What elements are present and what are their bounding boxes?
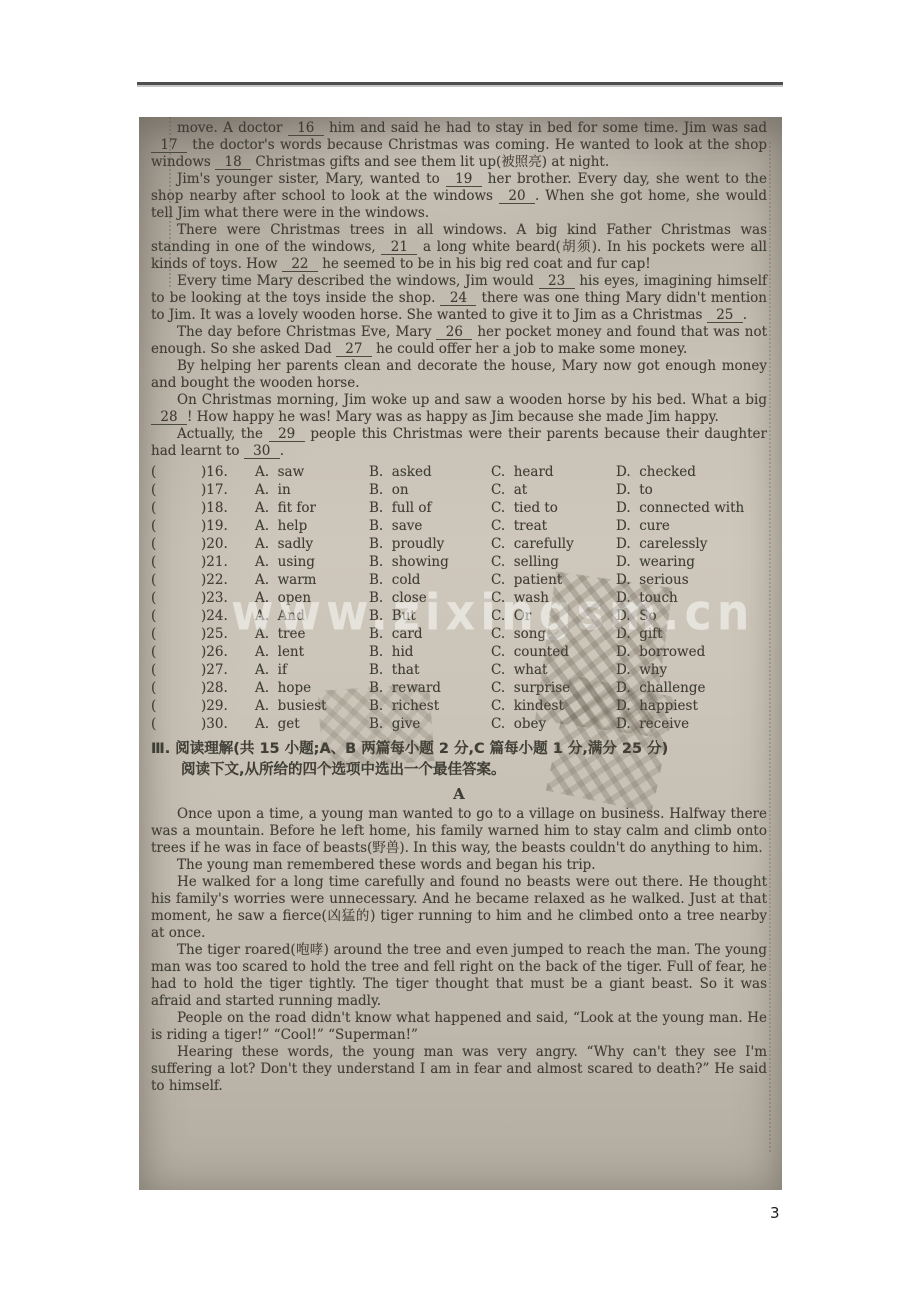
question-number: )16. [201, 463, 255, 481]
option-choice: B. But [369, 607, 491, 625]
cloze-paragraph: The day before Christmas Eve, Mary 26 he… [151, 324, 767, 358]
answer-bracket: ( [151, 553, 201, 571]
option-choice: D. gift [616, 625, 767, 643]
cloze-blank: 26 [436, 325, 472, 340]
option-row: ()27.A. ifB. thatC. whatD. why [151, 661, 767, 679]
answer-bracket: ( [151, 643, 201, 661]
option-choice: A. help [255, 517, 369, 535]
answer-bracket: ( [151, 535, 201, 553]
option-choice: D. cure [616, 517, 767, 535]
option-choice: D. carelessly [616, 535, 767, 553]
question-number: )18. [201, 499, 255, 517]
option-choice: D. wearing [616, 553, 767, 571]
option-choice: A. hope [255, 679, 369, 697]
option-row: ()25.A. treeB. cardC. songD. gift [151, 625, 767, 643]
answer-bracket: ( [151, 661, 201, 679]
passage-a: Once upon a time, a young man wanted to … [151, 806, 767, 1095]
reading-section-instruction: 阅读下文,从所给的四个选项中选出一个最佳答案。 [151, 760, 767, 781]
option-row: ()26.A. lentB. hidC. countedD. borrowed [151, 643, 767, 661]
option-choice: C. counted [491, 643, 616, 661]
answer-bracket: ( [151, 697, 201, 715]
option-choice: B. save [369, 517, 491, 535]
cloze-paragraph: By helping her parents clean and decorat… [151, 358, 767, 392]
option-choice: B. give [369, 715, 491, 733]
option-choice: C. heard [491, 463, 616, 481]
option-choice: C. patient [491, 571, 616, 589]
header-rule [137, 82, 783, 85]
cloze-passage: move. A doctor 16 him and said he had to… [151, 120, 767, 460]
answer-bracket: ( [151, 481, 201, 499]
answer-bracket: ( [151, 571, 201, 589]
cloze-paragraph: There were Christmas trees in all window… [151, 222, 767, 273]
option-choice: B. reward [369, 679, 491, 697]
question-number: )28. [201, 679, 255, 697]
option-choice: B. asked [369, 463, 491, 481]
option-choice: A. lent [255, 643, 369, 661]
question-number: )20. [201, 535, 255, 553]
option-choice: B. full of [369, 499, 491, 517]
margin-dotted-line-right [769, 142, 771, 1152]
option-choice: D. serious [616, 571, 767, 589]
option-choice: B. showing [369, 553, 491, 571]
cloze-blank: 23 [539, 274, 575, 289]
option-choice: C. surprise [491, 679, 616, 697]
option-choice: B. card [369, 625, 491, 643]
option-choice: B. cold [369, 571, 491, 589]
question-number: )25. [201, 625, 255, 643]
passage-paragraph: The tiger roared(咆哮) around the tree and… [151, 942, 767, 1010]
option-choice: C. at [491, 481, 616, 499]
cloze-blank: 29 [269, 427, 305, 442]
option-choice: B. that [369, 661, 491, 679]
option-row: ()20.A. sadlyB. proudlyC. carefullyD. ca… [151, 535, 767, 553]
option-choice: B. close [369, 589, 491, 607]
answer-bracket: ( [151, 589, 201, 607]
cloze-paragraph: Every time Mary described the windows, J… [151, 273, 767, 324]
answer-bracket: ( [151, 679, 201, 697]
option-choice: B. richest [369, 697, 491, 715]
option-choice: C. Or [491, 607, 616, 625]
cloze-paragraph: Jim's younger sister, Mary, wanted to 19… [151, 171, 767, 222]
cloze-blank: 19 [446, 172, 482, 187]
option-choice: B. proudly [369, 535, 491, 553]
question-number: )30. [201, 715, 255, 733]
question-number: )24. [201, 607, 255, 625]
option-choice: C. treat [491, 517, 616, 535]
option-choice: A. in [255, 481, 369, 499]
option-choice: A. open [255, 589, 369, 607]
reading-section-header: Ⅲ. 阅读理解(共 15 小题;A、B 两篇每小题 2 分,C 篇每小题 1 分… [151, 739, 767, 781]
option-row: ()29.A. busiestB. richestC. kindestD. ha… [151, 697, 767, 715]
question-number: )19. [201, 517, 255, 535]
option-choice: C. carefully [491, 535, 616, 553]
option-choice: A. if [255, 661, 369, 679]
option-choice: D. happiest [616, 697, 767, 715]
option-row: ()24.A. AndB. ButC. OrD. So [151, 607, 767, 625]
passage-paragraph: Once upon a time, a young man wanted to … [151, 806, 767, 857]
option-choice: D. challenge [616, 679, 767, 697]
option-choice: A. fit for [255, 499, 369, 517]
cloze-blank: 21 [381, 240, 417, 255]
option-choice: A. saw [255, 463, 369, 481]
answer-bracket: ( [151, 463, 201, 481]
passage-paragraph: People on the road didn't know what happ… [151, 1010, 767, 1044]
exam-content: move. A doctor 16 him and said he had to… [151, 120, 767, 1095]
question-number: )26. [201, 643, 255, 661]
option-row: ()21.A. usingB. showingC. sellingD. wear… [151, 553, 767, 571]
option-choice: D. receive [616, 715, 767, 733]
answer-bracket: ( [151, 625, 201, 643]
option-row: ()30.A. getB. giveC. obeyD. receive [151, 715, 767, 733]
option-choice: C. kindest [491, 697, 616, 715]
cloze-blank: 28 [151, 410, 187, 425]
option-choice: C. obey [491, 715, 616, 733]
option-choice: A. And [255, 607, 369, 625]
cloze-blank: 25 [707, 308, 743, 323]
answer-bracket: ( [151, 499, 201, 517]
option-choice: D. touch [616, 589, 767, 607]
option-choice: D. checked [616, 463, 767, 481]
answer-bracket: ( [151, 607, 201, 625]
option-choice: D. So [616, 607, 767, 625]
question-number: )27. [201, 661, 255, 679]
option-choice: A. using [255, 553, 369, 571]
option-choice: A. busiest [255, 697, 369, 715]
option-row: ()22.A. warmB. coldC. patientD. serious [151, 571, 767, 589]
option-choice: D. connected with [616, 499, 767, 517]
page-number: 3 [770, 1204, 780, 1222]
exam-photo: move. A doctor 16 him and said he had to… [139, 117, 782, 1190]
option-choice: A. tree [255, 625, 369, 643]
cloze-blank: 18 [215, 155, 251, 170]
passage-paragraph: He walked for a long time carefully and … [151, 874, 767, 942]
option-choice: C. tied to [491, 499, 616, 517]
option-row: ()28.A. hopeB. rewardC. surpriseD. chall… [151, 679, 767, 697]
cloze-options-list: ()16.A. sawB. askedC. heardD. checked()1… [151, 463, 767, 733]
passage-a-heading: A [151, 786, 767, 803]
option-choice: C. song [491, 625, 616, 643]
option-choice: D. borrowed [616, 643, 767, 661]
option-row: ()16.A. sawB. askedC. heardD. checked [151, 463, 767, 481]
option-row: ()17.A. inB. onC. atD. to [151, 481, 767, 499]
cloze-blank: 17 [151, 138, 187, 153]
answer-bracket: ( [151, 517, 201, 535]
question-number: )23. [201, 589, 255, 607]
option-choice: B. on [369, 481, 491, 499]
answer-bracket: ( [151, 715, 201, 733]
option-choice: A. warm [255, 571, 369, 589]
option-choice: C. wash [491, 589, 616, 607]
option-choice: A. get [255, 715, 369, 733]
cloze-paragraph: move. A doctor 16 him and said he had to… [151, 120, 767, 171]
cloze-paragraph: Actually, the 29 people this Christmas w… [151, 426, 767, 460]
option-choice: C. selling [491, 553, 616, 571]
cloze-blank: 30 [244, 444, 280, 459]
option-choice: C. what [491, 661, 616, 679]
cloze-blank: 27 [336, 342, 372, 357]
cloze-blank: 20 [499, 189, 535, 204]
cloze-blank: 22 [282, 257, 318, 272]
option-row: ()18.A. fit forB. full ofC. tied toD. co… [151, 499, 767, 517]
passage-paragraph: Hearing these words, the young man was v… [151, 1044, 767, 1095]
question-number: )22. [201, 571, 255, 589]
cloze-blank: 24 [440, 291, 476, 306]
option-choice: A. sadly [255, 535, 369, 553]
reading-section-title: Ⅲ. 阅读理解(共 15 小题;A、B 两篇每小题 2 分,C 篇每小题 1 分… [151, 739, 767, 760]
question-number: )29. [201, 697, 255, 715]
option-row: ()23.A. openB. closeC. washD. touch [151, 589, 767, 607]
cloze-blank: 16 [288, 121, 324, 136]
option-row: ()19.A. helpB. saveC. treatD. cure [151, 517, 767, 535]
cloze-paragraph: On Christmas morning, Jim woke up and sa… [151, 392, 767, 426]
question-number: )21. [201, 553, 255, 571]
scanned-exam-page: { "page_number": "3", "watermark_text": … [0, 0, 920, 1302]
passage-paragraph: The young man remembered these words and… [151, 857, 767, 874]
option-choice: D. to [616, 481, 767, 499]
option-choice: B. hid [369, 643, 491, 661]
option-choice: D. why [616, 661, 767, 679]
question-number: )17. [201, 481, 255, 499]
